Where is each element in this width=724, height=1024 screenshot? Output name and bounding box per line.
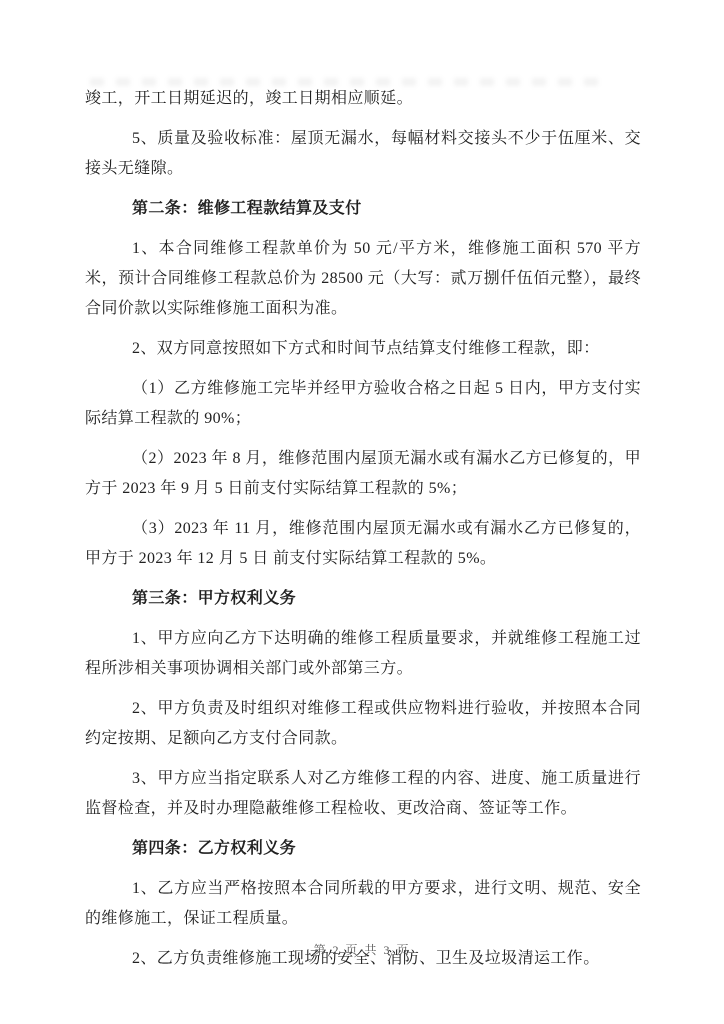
paragraph: 2、双方同意按照如下方式和时间节点结算支付维修工程款，即： — [85, 334, 641, 364]
contract-body: 竣工，开工日期延迟的，竣工日期相应顺延。5、质量及验收标准：屋顶无漏水，每幅材料… — [85, 84, 641, 984]
page-number: 第 2 页 共 3 页 — [0, 941, 724, 958]
paragraph: 3、甲方应当指定联系人对乙方维修工程的内容、进度、施工质量进行监督检查，并及时办… — [85, 764, 641, 824]
section-heading: 第四条：乙方权利义务 — [85, 834, 641, 864]
paragraph: （3）2023 年 11 月，维修范围内屋顶无漏水或有漏水乙方已修复的，甲方于 … — [85, 514, 641, 574]
paragraph: 1、甲方应向乙方下达明确的维修工程质量要求，并就维修工程施工过程所涉相关事项协调… — [85, 624, 641, 684]
paragraph: （1）乙方维修施工完毕并经甲方验收合格之日起 5 日内，甲方支付实际结算工程款的… — [85, 374, 641, 434]
section-heading: 第二条：维修工程款结算及支付 — [85, 194, 641, 224]
paragraph: 2、甲方负责及时组织对维修工程或供应物料进行验收，并按照本合同约定按期、足额向乙… — [85, 694, 641, 754]
paragraph: 1、本合同维修工程款单价为 50 元/平方米，维修施工面积 570 平方米，预计… — [85, 234, 641, 324]
paragraph: 1、乙方应当严格按照本合同所载的甲方要求，进行文明、规范、安全的维修施工，保证工… — [85, 874, 641, 934]
section-heading: 第三条：甲方权利义务 — [85, 584, 641, 614]
paragraph: 竣工，开工日期延迟的，竣工日期相应顺延。 — [85, 84, 641, 114]
document-page: 竣工，开工日期延迟的，竣工日期相应顺延。5、质量及验收标准：屋顶无漏水，每幅材料… — [0, 0, 724, 1024]
paragraph: （2）2023 年 8 月，维修范围内屋顶无漏水或有漏水乙方已修复的，甲方于 2… — [85, 444, 641, 504]
paragraph: 5、质量及验收标准：屋顶无漏水，每幅材料交接头不少于伍厘米、交接头无缝隙。 — [85, 124, 641, 184]
